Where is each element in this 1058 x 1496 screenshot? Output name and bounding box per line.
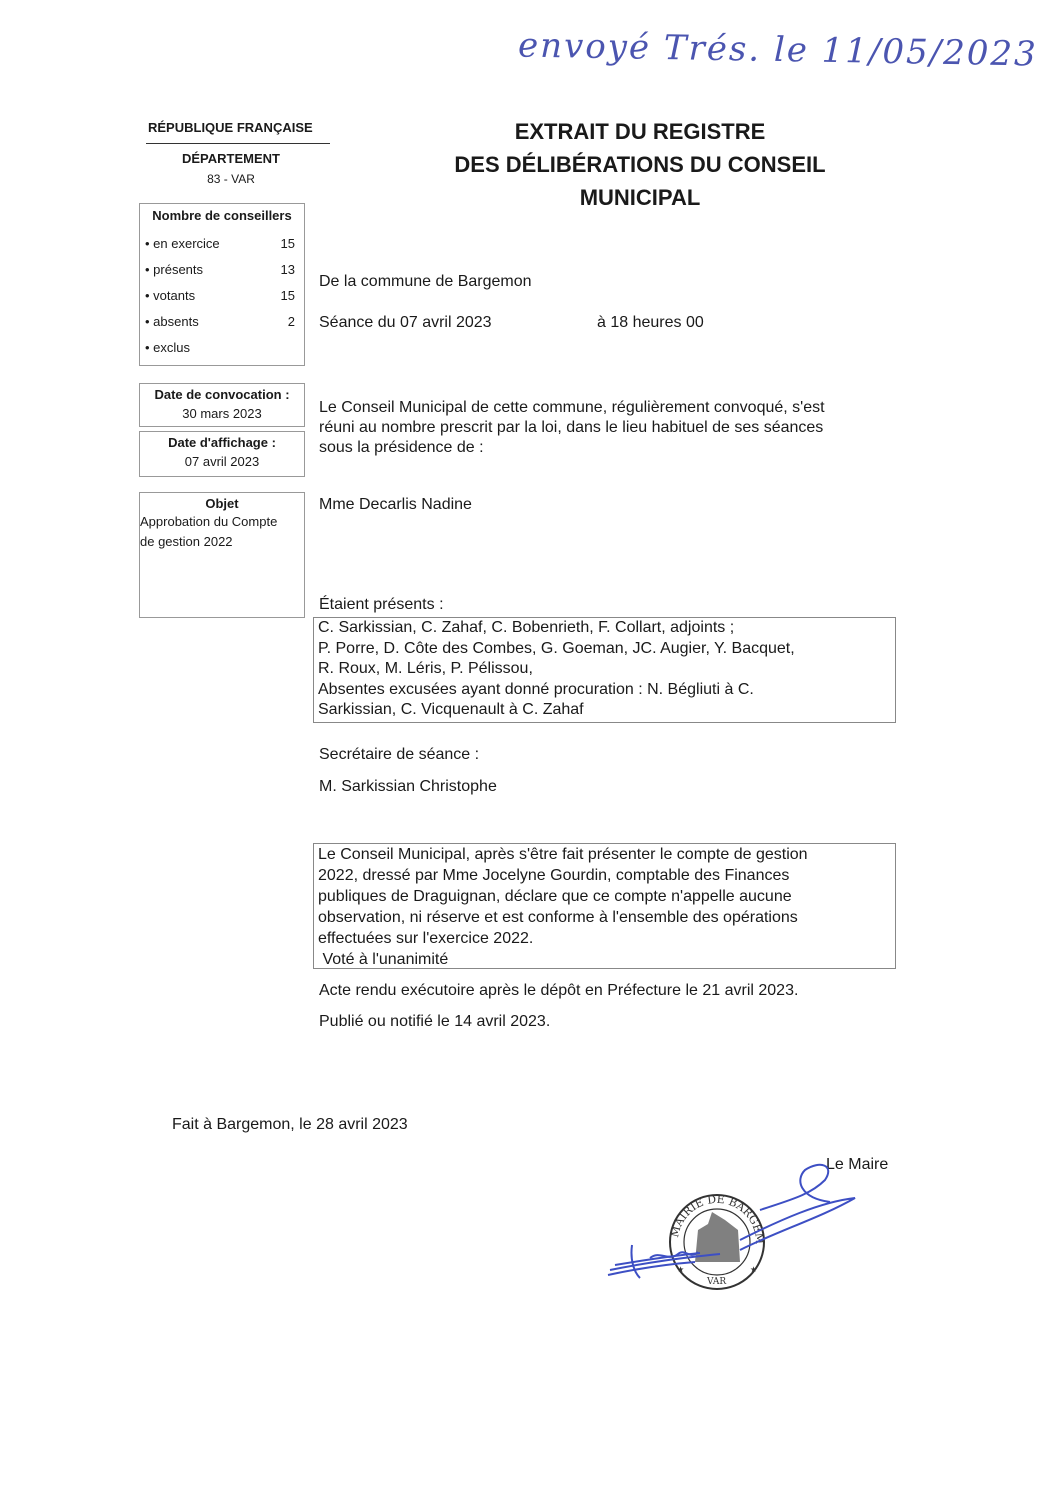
svg-text:★: ★ [677,1265,684,1274]
title-line-3: MUNICIPAL [380,181,900,214]
departement-value: 83 - VAR [140,172,322,186]
decision-line: publiques de Draguignan, déclare que ce … [318,886,895,907]
mayor-signature-and-stamp: MAIRIE DE BARGEMON VAR ★ ★ [590,1150,890,1300]
svg-text:MAIRIE DE BARGEMON: MAIRIE DE BARGEMON [590,1150,766,1245]
vote-result: Voté à l'unanimité [318,949,895,970]
affichage-value: 07 avril 2023 [140,454,304,469]
decision-box: Le Conseil Municipal, après s'être fait … [313,843,896,969]
affichage-label: Date d'affichage : [140,435,304,450]
intro-paragraph: Le Conseil Municipal de cette commune, r… [319,398,879,458]
decision-line: 2022, dressé par Mme Jocelyne Gourdin, c… [318,865,895,886]
handwritten-transmission-note: envoyé Trés. le 11/05/2023 [518,25,1038,74]
presents-line: R. Roux, M. Léris, P. Pélissou, [318,659,895,680]
fait-a-statement: Fait à Bargemon, le 28 avril 2023 [172,1115,408,1135]
etaient-presents-label: Étaient présents : [319,595,444,615]
decision-line: observation, ni réserve et est conforme … [318,907,895,928]
publie-statement: Publié ou notifié le 14 avril 2023. [319,1012,550,1032]
header-divider [146,143,330,144]
objet-box: Objet Approbation du Compte de gestion 2… [139,492,305,618]
title-line-1: EXTRAIT DU REGISTRE [380,115,900,148]
decision-line: Le Conseil Municipal, après s'être fait … [318,844,895,865]
conseillers-row-exclus: • exclus [145,340,295,355]
svg-text:VAR: VAR [706,1277,726,1287]
secretaire-label: Secrétaire de séance : [319,745,479,765]
presents-line: Absentes excusées ayant donné procuratio… [318,680,895,701]
objet-value: Approbation du Compte de gestion 2022 [140,512,304,552]
conseillers-row-absents: • absents2 [145,314,295,329]
conseillers-box: Nombre de conseillers • en exercice15 • … [139,203,305,366]
presents-line: Sarkissian, C. Vicquenault à C. Zahaf [318,700,895,721]
conseillers-title: Nombre de conseillers [140,208,304,223]
presents-line: P. Porre, D. Côte des Combes, G. Goeman,… [318,639,895,660]
document-title: EXTRAIT DU REGISTRE DES DÉLIBÉRATIONS DU… [380,115,900,214]
decision-line: effectuées sur l'exercice 2022. [318,928,895,949]
seance-time: à 18 heures 00 [597,313,704,333]
republique-francaise: RÉPUBLIQUE FRANÇAISE [148,120,313,135]
svg-text:★: ★ [750,1265,757,1274]
objet-label: Objet [140,496,304,511]
convocation-label: Date de convocation : [140,387,304,402]
presents-line: C. Sarkissian, C. Zahaf, C. Bobenrieth, … [318,618,895,639]
seance-date: Séance du 07 avril 2023 [319,313,492,333]
conseillers-row-presents: • présents13 [145,262,295,277]
convocation-value: 30 mars 2023 [140,406,304,421]
conseillers-row-votants: • votants15 [145,288,295,303]
secretaire-name: M. Sarkissian Christophe [319,777,497,797]
title-line-2: DES DÉLIBÉRATIONS DU CONSEIL [380,148,900,181]
executoire-statement: Acte rendu exécutoire après le dépôt en … [319,981,798,1001]
conseillers-row-exercice: • en exercice15 [145,236,295,251]
president-name: Mme Decarlis Nadine [319,495,472,515]
departement-label: DÉPARTEMENT [140,151,322,166]
date-affichage-box: Date d'affichage : 07 avril 2023 [139,431,305,477]
commune: De la commune de Bargemon [319,272,532,292]
presents-list-box: C. Sarkissian, C. Zahaf, C. Bobenrieth, … [313,617,896,723]
date-convocation-box: Date de convocation : 30 mars 2023 [139,383,305,427]
